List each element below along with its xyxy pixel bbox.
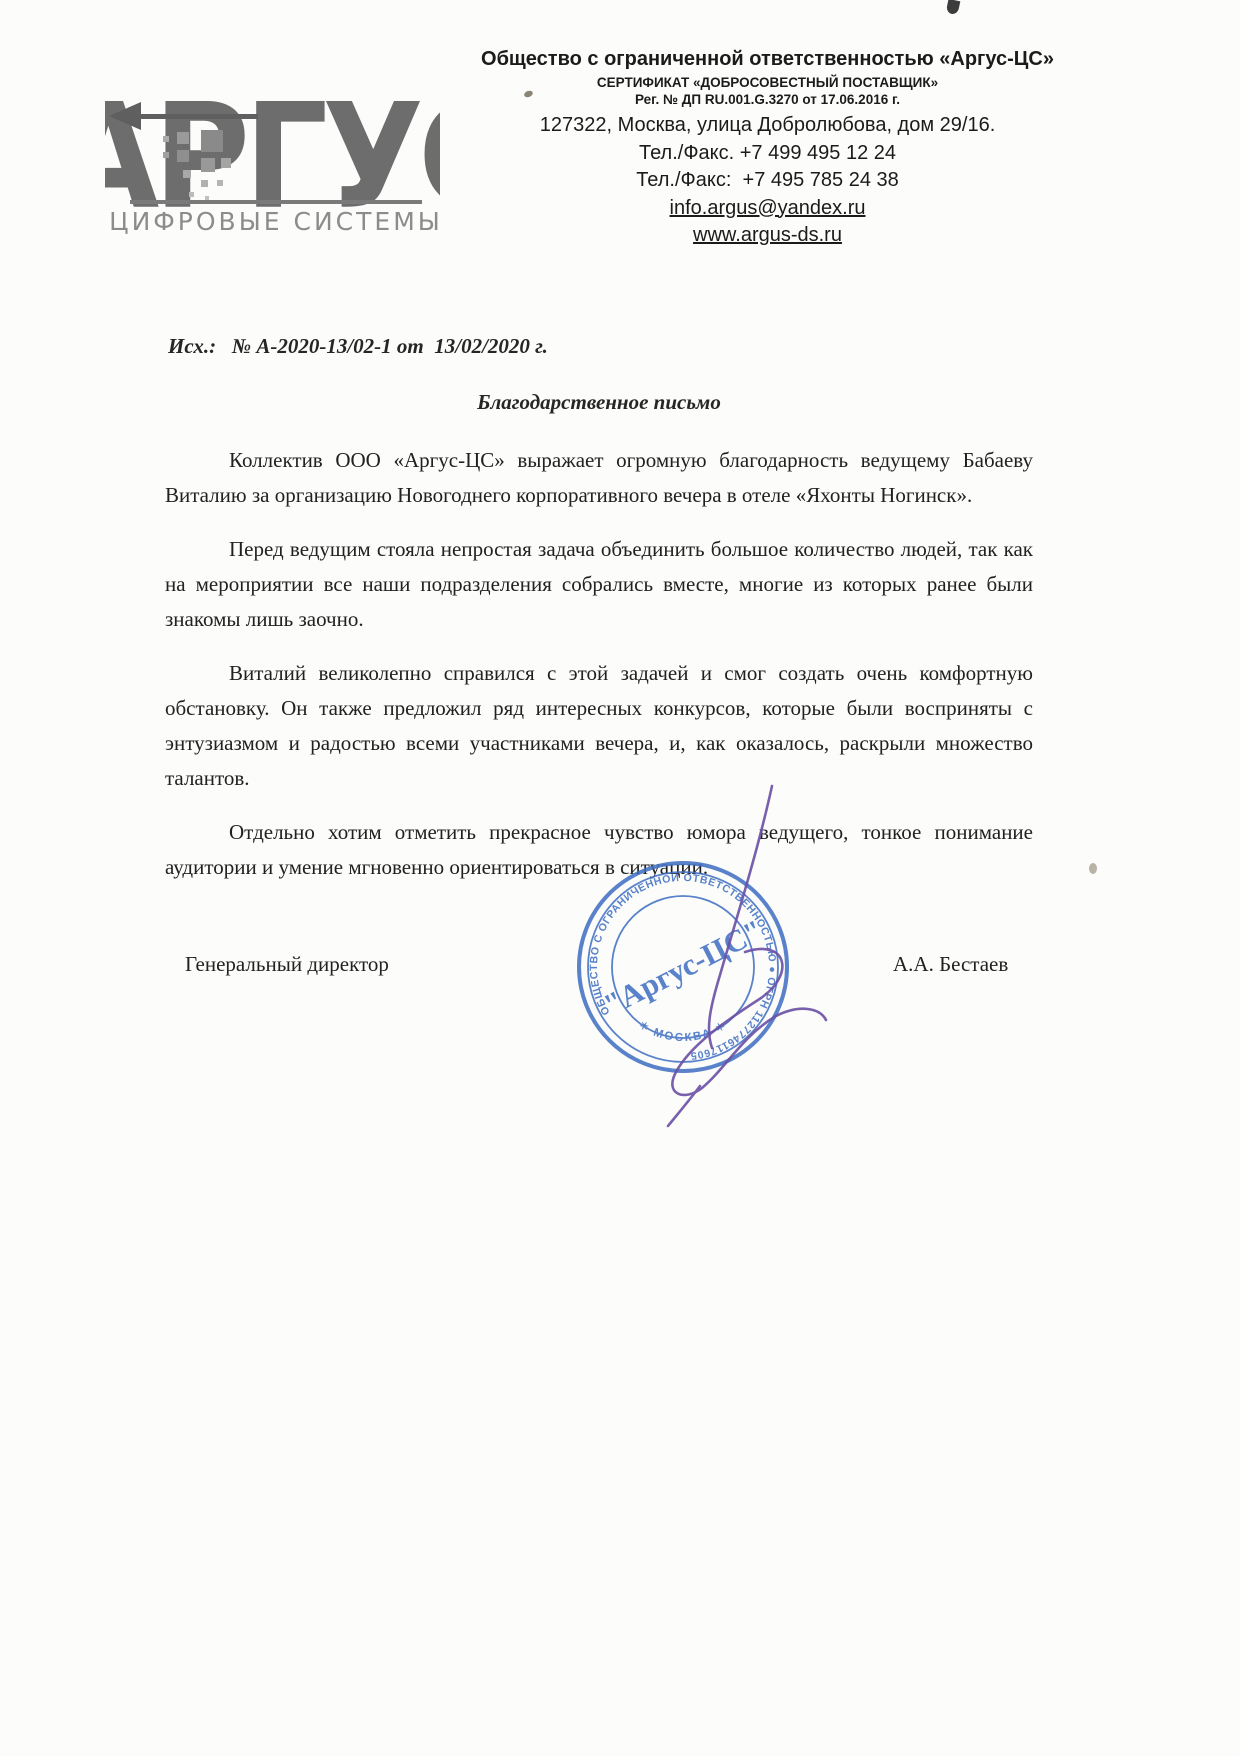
certificate-line: СЕРТИФИКАТ «ДОБРОСОВЕСТНЫЙ ПОСТАВЩИК»: [445, 74, 1090, 91]
handwritten-signature: [590, 766, 910, 1146]
email-link: info.argus@yandex.ru: [445, 195, 1090, 223]
scan-artifact: [946, 0, 961, 15]
paragraph-2: Перед ведущим стояла непростая задача об…: [165, 532, 1033, 637]
paragraph-1: Коллектив ООО «Аргус-ЦС» выражает огромн…: [165, 443, 1033, 513]
company-address: 127322, Москва, улица Добролюбова, дом 2…: [445, 112, 1090, 140]
scanned-letter-page: АРГУС: [0, 0, 1240, 1756]
logo-subtitle: ЦИФРОВЫЕ СИСТЕМЫ: [109, 207, 440, 236]
letterhead-contacts: Общество с ограниченной ответственностью…: [445, 46, 1090, 250]
certificate-reg-line: Рег. № ДП RU.001.G.3270 от 17.06.2016 г.: [445, 91, 1090, 108]
logo-divider: [130, 200, 422, 204]
scan-artifact: [1089, 863, 1097, 874]
letter-title: Благодарственное письмо: [165, 390, 1033, 415]
outgoing-reference: Исх.: № А-2020-13/02-1 от 13/02/2020 г.: [168, 334, 548, 359]
argus-logo-graphic: АРГУС: [105, 40, 440, 240]
signer-role: Генеральный директор: [185, 952, 389, 977]
phone-fax-2: Тел./Факс: +7 495 785 24 38: [445, 167, 1090, 195]
company-logo: АРГУС: [105, 40, 440, 240]
website-link: www.argus-ds.ru: [445, 222, 1090, 250]
company-name: Общество с ограниченной ответственностью…: [445, 46, 1090, 72]
phone-fax-1: Тел./Факс. +7 499 495 12 24: [445, 140, 1090, 168]
signer-name: А.А. Бестаев: [893, 952, 1008, 977]
